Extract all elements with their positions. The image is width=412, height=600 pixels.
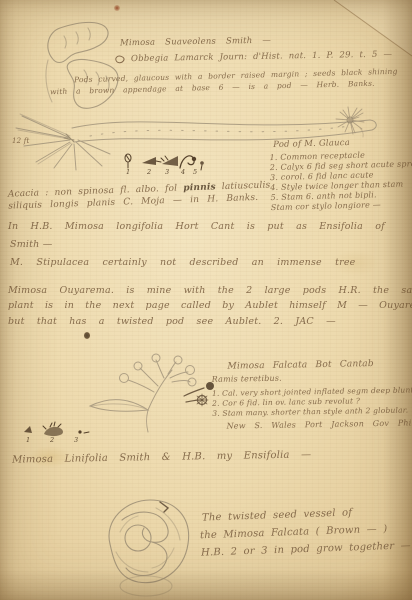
manuscript-page: Mimosa Suaveolens Smith — Obbegia Lamarc… [0, 0, 412, 600]
edge-vignette [0, 0, 412, 600]
